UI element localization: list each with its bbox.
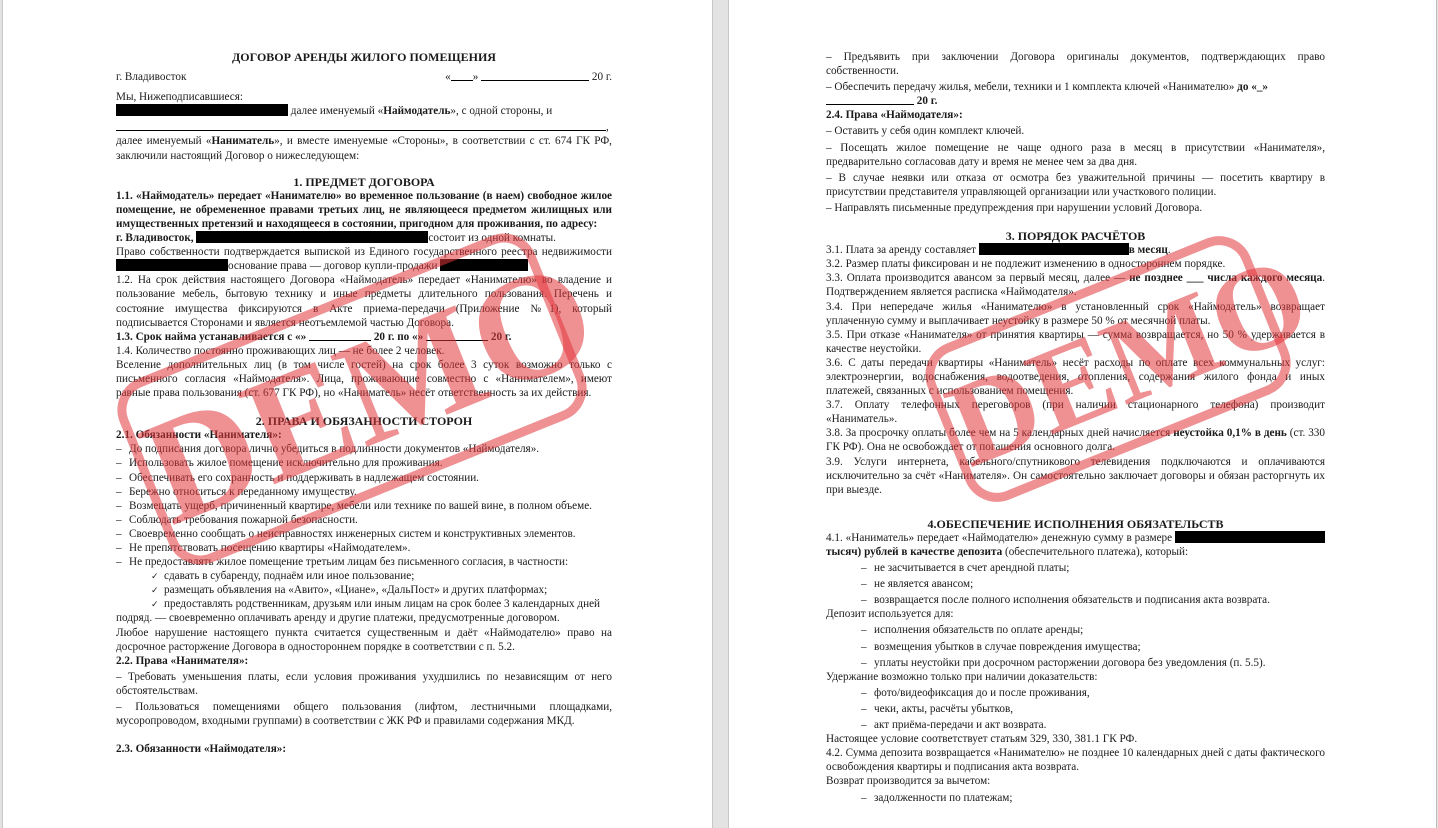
clause-2-4-heading: 2.4. Права «Наймодателя»: [826, 108, 1325, 122]
clause-3-6: 3.6. С даты передачи квартиры «Нанимател… [826, 356, 1325, 398]
ownership-line: Право собственности подтверждается выпис… [116, 245, 612, 273]
page-content: – Предъявить при заключении Договора ори… [826, 48, 1325, 805]
list-item: возмещения убытков в случае повреждения … [826, 640, 1325, 654]
list-item: – Пользоваться помещениями общего пользо… [116, 700, 612, 728]
clause-2-3-heading: 2.3. Обязанности «Наймодателя»: [116, 742, 612, 756]
list-item: чеки, акты, расчёты убытков, [826, 702, 1325, 716]
list-item: – Обеспечить передачу жилья, мебели, тех… [826, 80, 1325, 108]
violation-note: Любое нарушение настоящего пункта считае… [116, 626, 612, 654]
section-3-heading: 3. ПОРЯДОК РАСЧЁТОВ [826, 229, 1325, 243]
list-item-continuation: подряд. — своевременно оплачивать аренду… [116, 611, 612, 625]
page-content: ДОГОВОР АРЕНДЫ ЖИЛОГО ПОМЕЩЕНИЯ г. Влади… [116, 50, 612, 756]
list-item: задолженности по платежам; [826, 791, 1325, 805]
document-title: ДОГОВОР АРЕНДЫ ЖИЛОГО ПОМЕЩЕНИЯ [116, 50, 612, 64]
clause-4-2: 4.2. Сумма депозита возвращается «Нанима… [826, 746, 1325, 774]
list-item: Обеспечивать его сохранность и поддержив… [116, 471, 612, 485]
document-page-left: ДОГОВОР АРЕНДЫ ЖИЛОГО ПОМЕЩЕНИЯ г. Влади… [2, 0, 713, 828]
list-item: – Направлять письменные предупреждения п… [826, 201, 1325, 215]
law-reference: Настоящее условие соответствует статьям … [826, 732, 1325, 746]
list-item: акт приёма-передачи и акт возврата. [826, 718, 1325, 732]
clause-3-4: 3.4. При непередаче жилья «Нанимателю» в… [826, 300, 1325, 328]
month-blank [481, 70, 589, 81]
checkmark-item: сдавать в субаренду, поднаём или иное по… [116, 569, 612, 583]
clause-3-3: 3.3. Оплата производится авансом за перв… [826, 271, 1325, 299]
list-item: До подписания договора лично убедиться в… [116, 442, 612, 456]
landlord-line: далее именуемый «Наймодатель», с одной с… [116, 104, 612, 118]
clause-1-4-extra: Вселение дополнительных лиц (в том числе… [116, 358, 612, 400]
tenant-line: далее именуемый «Наниматель», и вместе и… [116, 134, 612, 162]
clause-1-4: 1.4. Количество постоянно проживающих ли… [116, 344, 612, 358]
list-item: уплаты неустойки при досрочном расторжен… [826, 656, 1325, 670]
checkmark-item: предоставлять родственникам, друзьям или… [116, 597, 612, 611]
handover-date-blank [826, 94, 914, 105]
checkmark-item: размещать объявления на «Авито», «Циане»… [116, 583, 612, 597]
clause-3-2: 3.2. Размер платы фиксирован и не подлеж… [826, 257, 1325, 271]
clause-3-1: 3.1. Плата за аренду составляет в месяц. [826, 243, 1325, 257]
list-item: – Оставить у себя один комплект ключей. [826, 124, 1325, 138]
tenant-obligations-list: До подписания договора лично убедиться в… [116, 442, 612, 625]
place-date-row: г. Владивосток «» 20 г. [116, 70, 612, 84]
list-item: Соблюдать требования пожарной безопаснос… [116, 513, 612, 527]
list-item: Возмещать ущерб, причиненный квартире, м… [116, 499, 612, 513]
list-item: – Посещать жилое помещение не чаще одног… [826, 141, 1325, 169]
address-line: г. Владивосток, состоит из одной комнаты… [116, 231, 612, 245]
clause-1-2: 1.2. На срок действия настоящего Договор… [116, 273, 612, 329]
clause-2-1-heading: 2.1. Обязанности «Нанимателя»: [116, 428, 612, 442]
clause-3-8: 3.8. За просрочку оплаты более чем на 5 … [826, 426, 1325, 454]
clause-3-9: 3.9. Услуги интернета, кабельного/спутни… [826, 455, 1325, 497]
clause-1-1: 1.1. «Наймодатель» передает «Нанимателю»… [116, 189, 612, 231]
section-1-heading: 1. ПРЕДМЕТ ДОГОВОРА [116, 175, 612, 189]
redacted-block [1175, 531, 1325, 543]
list-item: Не препятствовать посещению квартиры «На… [116, 541, 612, 555]
return-deductions-heading: Возврат производится за вычетом: [826, 774, 1325, 788]
redacted-block [196, 231, 428, 243]
redacted-block [116, 104, 288, 116]
tenant-blank [116, 118, 606, 131]
date-field: «» 20 г. [445, 70, 612, 84]
clause-2-2-heading: 2.2. Права «Нанимателя»: [116, 654, 612, 668]
list-item: исполнения обязательств по оплате аренды… [826, 623, 1325, 637]
deduction-evidence-heading: Удержание возможно только при наличии до… [826, 670, 1325, 684]
deposit-use-heading: Депозит используется для: [826, 607, 1325, 621]
section-2-heading: 2. ПРАВА И ОБЯЗАННОСТИ СТОРОН [116, 414, 612, 428]
tenant-blank-line: , [116, 118, 612, 134]
list-item: Своевременно сообщать о неисправностях и… [116, 527, 612, 541]
document-page-right: – Предъявить при заключении Договора ори… [728, 0, 1437, 828]
list-item: фото/видеофиксация до и после проживания… [826, 686, 1325, 700]
clause-3-5: 3.5. При отказе «Нанимателя» от принятия… [826, 328, 1325, 356]
list-item: Не предоставлять жилое помещение третьим… [116, 555, 612, 569]
clause-1-3: 1.3. Срок найма устанавливается с «» 20 … [116, 330, 612, 344]
redacted-block [979, 243, 1129, 255]
end-date-blank [426, 330, 488, 341]
list-item: – Требовать уменьшения платы, если услов… [116, 670, 612, 698]
redacted-block [116, 259, 228, 271]
list-item: возвращается после полного исполнения об… [826, 593, 1325, 607]
section-4-heading: 4.ОБЕСПЕЧЕНИЕ ИСПОЛНЕНИЯ ОБЯЗАТЕЛЬСТВ [826, 517, 1325, 531]
city: г. Владивосток [116, 70, 186, 84]
clause-3-7: 3.7. Оплату телефонных переговоров (при … [826, 398, 1325, 426]
start-date-blank [309, 330, 371, 341]
list-item: Использовать жилое помещение исключитель… [116, 456, 612, 470]
redacted-block [440, 259, 528, 271]
list-item: не является авансом; [826, 577, 1325, 591]
clause-4-1: 4.1. «Наниматель» передает «Наймодателю»… [826, 531, 1325, 559]
list-item: – Предъявить при заключении Договора ори… [826, 50, 1325, 78]
list-item: не засчитывается в счет арендной платы; [826, 561, 1325, 575]
intro-line: Мы, Нижеподписавшиеся: [116, 90, 612, 104]
day-blank [451, 70, 473, 81]
list-item: – В случае неявки или отказа от осмотра … [826, 171, 1325, 199]
list-item: Бережно относиться к переданному имущест… [116, 485, 612, 499]
